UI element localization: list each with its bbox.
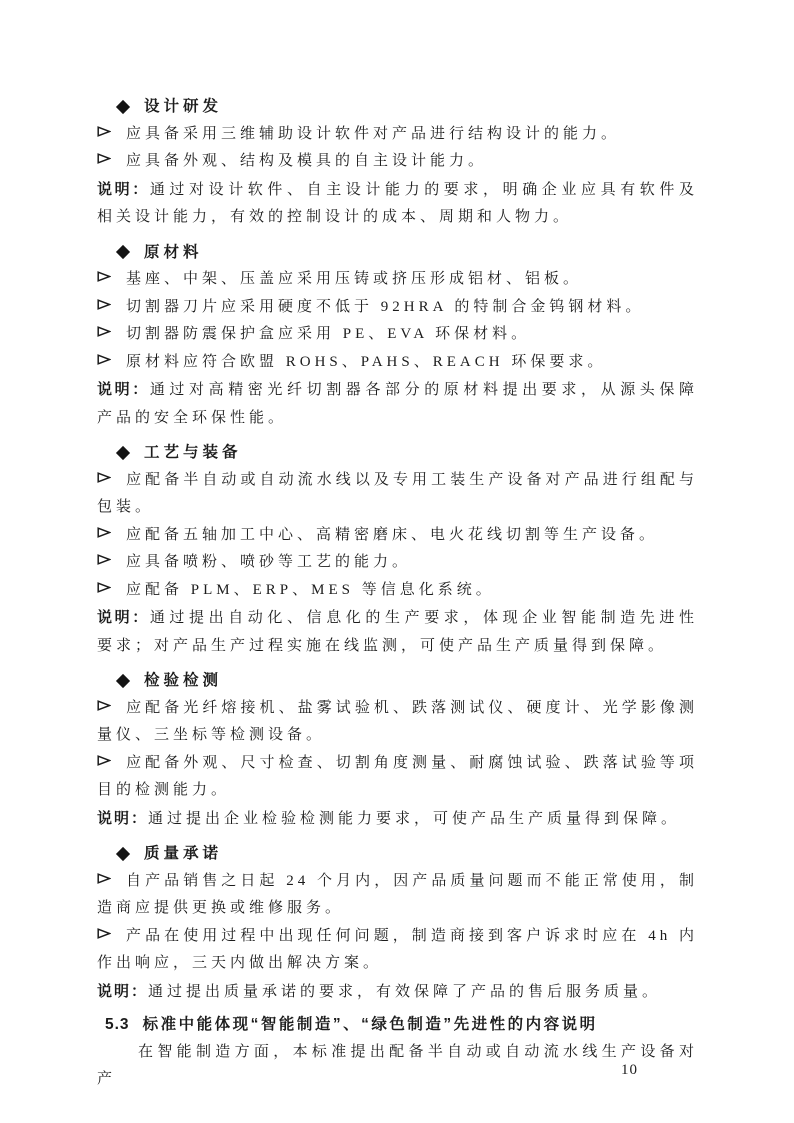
subsection-number: 5.3	[105, 1016, 130, 1033]
bullet-text: 切割器防震保护盒应采用 PE、EVA 环保材料。	[126, 326, 530, 342]
arrow-bullet-icon	[97, 299, 111, 310]
diamond-bullet-icon	[116, 847, 130, 861]
section-heading-label: 原材料	[144, 239, 203, 267]
closing-paragraph: 在智能制造方面，本标准提出配备半自动或自动流水线生产设备对产	[97, 1039, 698, 1094]
arrow-bullet-icon	[97, 126, 111, 137]
bullet-text: 应具备喷粉、喷砂等工艺的能力。	[126, 554, 411, 570]
arrow-bullet-icon	[97, 928, 111, 939]
bullet-item: 应具备采用三维辅助设计软件对产品进行结构设计的能力。	[97, 121, 698, 149]
note-paragraph: 说明：通过提出企业检验检测能力要求，可使产品生产质量得到保障。	[97, 805, 698, 834]
bullet-item: 切割器防震保护盒应采用 PE、EVA 环保材料。	[97, 321, 698, 349]
note-text: 通过对高精密光纤切割器各部分的原材料提出要求，从源头保障产品的安全环保性能。	[97, 382, 698, 426]
bullet-text: 原材料应符合欧盟 ROHS、PAHS、REACH 环保要求。	[126, 354, 606, 370]
bullet-text: 基座、中架、压盖应采用压铸或挤压形成铝材、铝板。	[126, 271, 582, 287]
diamond-bullet-icon	[116, 674, 130, 688]
bullet-text: 应具备外观、结构及模具的自主设计能力。	[126, 153, 487, 169]
arrow-bullet-icon	[97, 472, 111, 483]
note-label: 说明：	[97, 181, 150, 198]
section-inspection-testing: 检验检测 应配备光纤熔接机、盐雾试验机、跌落测试仪、硬度计、光学影像测量仪、三坐…	[97, 667, 698, 833]
bullet-item: 产品在使用过程中出现任何问题，制造商接到客户诉求时应在 4h 内作出响应，三天内…	[97, 923, 698, 978]
arrow-bullet-icon	[97, 755, 111, 766]
arrow-bullet-icon	[97, 326, 111, 337]
section-raw-materials: 原材料 基座、中架、压盖应采用压铸或挤压形成铝材、铝板。 切割器刀片应采用硬度不…	[97, 239, 698, 433]
note-paragraph: 说明：通过提出质量承诺的要求，有效保障了产品的售后服务质量。	[97, 978, 698, 1007]
section-quality-commitment: 质量承诺 自产品销售之日起 24 个月内，因产品质量问题而不能正常使用，制造商应…	[97, 840, 698, 1006]
note-label: 说明：	[97, 381, 150, 398]
note-label: 说明：	[97, 810, 148, 827]
note-text: 通过提出质量承诺的要求，有效保障了产品的售后服务质量。	[148, 984, 661, 1000]
section-heading: 原材料	[97, 239, 698, 267]
bullet-text: 应具备采用三维辅助设计软件对产品进行结构设计的能力。	[126, 126, 620, 142]
section-heading: 检验检测	[97, 667, 698, 695]
bullet-item: 应配备半自动或自动流水线以及专用工装生产设备对产品进行组配与包装。	[97, 467, 698, 522]
note-paragraph: 说明：通过对设计软件、自主设计能力的要求，明确企业应具有软件及相关设计能力，有效…	[97, 176, 698, 232]
bullet-item: 切割器刀片应采用硬度不低于 92HRA 的特制合金钨钢材料。	[97, 294, 698, 322]
arrow-bullet-icon	[97, 527, 111, 538]
arrow-bullet-icon	[97, 153, 111, 164]
note-paragraph: 说明：通过对高精密光纤切割器各部分的原材料提出要求，从源头保障产品的安全环保性能…	[97, 376, 698, 432]
section-heading-label: 检验检测	[144, 667, 222, 695]
note-label: 说明：	[97, 609, 150, 626]
bullet-text: 应配备 PLM、ERP、MES 等信息化系统。	[126, 582, 495, 598]
bullet-item: 原材料应符合欧盟 ROHS、PAHS、REACH 环保要求。	[97, 349, 698, 377]
note-label: 说明：	[97, 983, 148, 1000]
arrow-bullet-icon	[97, 354, 111, 365]
bullet-text: 应配备五轴加工中心、高精密磨床、电火花线切割等生产设备。	[126, 527, 658, 543]
section-heading: 质量承诺	[97, 840, 698, 868]
bullet-text: 应配备外观、尺寸检查、切割角度测量、耐腐蚀试验、跌落试验等项目的检测能力。	[97, 755, 698, 799]
page-number: 10	[621, 1062, 638, 1079]
section-heading-label: 工艺与装备	[144, 439, 242, 467]
note-paragraph: 说明：通过提出自动化、信息化的生产要求，体现企业智能制造先进性要求；对产品生产过…	[97, 604, 698, 660]
diamond-bullet-icon	[116, 245, 130, 259]
section-process-equipment: 工艺与装备 应配备半自动或自动流水线以及专用工装生产设备对产品进行组配与包装。 …	[97, 439, 698, 660]
arrow-bullet-icon	[97, 271, 111, 282]
note-text: 通过提出自动化、信息化的生产要求，体现企业智能制造先进性要求；对产品生产过程实施…	[97, 610, 698, 654]
arrow-bullet-icon	[97, 582, 111, 593]
bullet-item: 基座、中架、压盖应采用压铸或挤压形成铝材、铝板。	[97, 266, 698, 294]
arrow-bullet-icon	[97, 873, 111, 884]
bullet-text: 产品在使用过程中出现任何问题，制造商接到客户诉求时应在 4h 内作出响应，三天内…	[97, 928, 698, 972]
bullet-item: 应配备五轴加工中心、高精密磨床、电火花线切割等生产设备。	[97, 522, 698, 550]
diamond-bullet-icon	[116, 446, 130, 460]
diamond-bullet-icon	[116, 100, 130, 114]
bullet-item: 应配备 PLM、ERP、MES 等信息化系统。	[97, 577, 698, 605]
bullet-text: 应配备半自动或自动流水线以及专用工装生产设备对产品进行组配与包装。	[97, 472, 698, 516]
note-text: 通过提出企业检验检测能力要求，可使产品生产质量得到保障。	[148, 811, 680, 827]
section-heading: 工艺与装备	[97, 439, 698, 467]
bullet-item: 应配备光纤熔接机、盐雾试验机、跌落测试仪、硬度计、光学影像测量仪、三坐标等检测设…	[97, 695, 698, 750]
document-content: 设计研发 应具备采用三维辅助设计软件对产品进行结构设计的能力。 应具备外观、结构…	[97, 86, 698, 1094]
subsection-title: 标准中能体现“智能制造”、“绿色制造”先进性的内容说明	[143, 1016, 598, 1033]
bullet-item: 应配备外观、尺寸检查、切割角度测量、耐腐蚀试验、跌落试验等项目的检测能力。	[97, 750, 698, 805]
bullet-text: 切割器刀片应采用硬度不低于 92HRA 的特制合金钨钢材料。	[126, 299, 644, 315]
section-heading-label: 质量承诺	[144, 840, 222, 868]
note-text: 通过对设计软件、自主设计能力的要求，明确企业应具有软件及相关设计能力，有效的控制…	[97, 182, 698, 226]
bullet-item: 应具备外观、结构及模具的自主设计能力。	[97, 148, 698, 176]
document-page: 设计研发 应具备采用三维辅助设计软件对产品进行结构设计的能力。 应具备外观、结构…	[0, 0, 794, 1123]
subsection-heading: 5.3标准中能体现“智能制造”、“绿色制造”先进性的内容说明	[105, 1011, 698, 1039]
bullet-text: 自产品销售之日起 24 个月内，因产品质量问题而不能正常使用，制造商应提供更换或…	[97, 873, 698, 917]
arrow-bullet-icon	[97, 700, 111, 711]
bullet-text: 应配备光纤熔接机、盐雾试验机、跌落测试仪、硬度计、光学影像测量仪、三坐标等检测设…	[97, 700, 698, 744]
section-heading: 设计研发	[97, 93, 698, 121]
bullet-item: 应具备喷粉、喷砂等工艺的能力。	[97, 549, 698, 577]
section-heading-label: 设计研发	[144, 93, 222, 121]
section-design: 设计研发 应具备采用三维辅助设计软件对产品进行结构设计的能力。 应具备外观、结构…	[97, 93, 698, 232]
bullet-item: 自产品销售之日起 24 个月内，因产品质量问题而不能正常使用，制造商应提供更换或…	[97, 868, 698, 923]
arrow-bullet-icon	[97, 554, 111, 565]
